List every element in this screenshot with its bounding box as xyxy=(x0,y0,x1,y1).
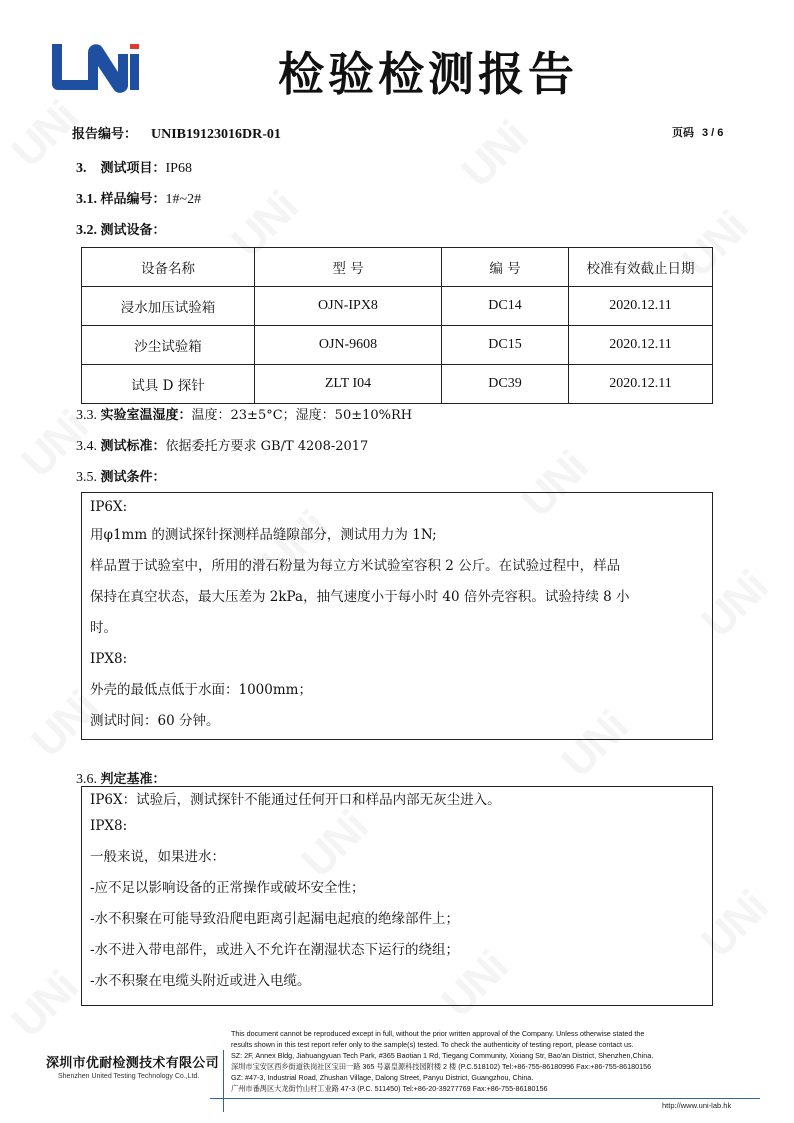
table-cell: 沙尘试验箱 xyxy=(82,326,255,365)
watermark: UNi xyxy=(453,113,538,198)
footer-line: results shown in this test report refer … xyxy=(231,1039,653,1050)
section-label: 样品编号： xyxy=(101,192,166,207)
section-value: 依据委托方要求 GB/T 4208-2017 xyxy=(166,439,369,454)
criteria-box: IP6X：试验后，测试探针不能通过任何开口和样品内部无灰尘进入。 IPX8: 一… xyxy=(81,786,713,1006)
section-3-1: 3.1. 样品编号：1#~2# xyxy=(76,188,201,208)
condition-line: 保持在真空状态，最大压差为 2kPa，抽气速度小于每小时 40 倍外壳容积。试验… xyxy=(90,582,704,613)
footer-divider-vertical xyxy=(223,1050,224,1112)
footer-company-name: 深圳市优耐检测技术有限公司 xyxy=(46,1052,219,1071)
section-3-5: 3.5. 测试条件： xyxy=(76,466,166,486)
document-title: 检验检测报告 xyxy=(278,38,578,104)
footer-website-link[interactable]: http://www.uni-lab.hk xyxy=(662,1101,731,1110)
table-cell: OJN-IPX8 xyxy=(255,287,442,326)
section-3-6: 3.6. 判定基准： xyxy=(76,768,166,788)
watermark: UNi xyxy=(3,963,88,1048)
criteria-line: -水不积聚在可能导致沿爬电距离引起漏电起痕的绝缘部件上； xyxy=(90,904,704,935)
footer-line: 深圳市宝安区西乡街道铁岗社区宝田一路 365 号嘉皇源科技园附楼 2 楼 (P.… xyxy=(231,1061,653,1072)
condition-line: 用φ1mm 的测试探针探测样品缝隙部分，测试用力为 1N; xyxy=(90,520,704,551)
column-header: 编 号 xyxy=(442,248,569,287)
condition-line: IP6X: xyxy=(90,495,704,520)
condition-line: 外壳的最低点低于水面：1000mm； xyxy=(90,675,704,706)
table-cell: DC15 xyxy=(442,326,569,365)
table-row: 试具 D 探针 ZLT I04 DC39 2020.12.11 xyxy=(82,365,713,404)
section-3-3: 3.3. 实验室温湿度：温度：23±5°C；湿度：50±10%RH xyxy=(76,404,412,424)
section-number: 3.3. xyxy=(76,408,97,423)
footer-disclaimer: This document cannot be reproduced excep… xyxy=(231,1028,653,1095)
condition-line: 测试时间：60 分钟。 xyxy=(90,706,704,737)
criteria-line: IP6X：试验后，测试探针不能通过任何开口和样品内部无灰尘进入。 xyxy=(90,789,704,811)
footer-line: SZ: 2F, Annex Bldg, Jiahuangyuan Tech Pa… xyxy=(231,1050,653,1061)
section-3-4: 3.4. 测试标准：依据委托方要求 GB/T 4208-2017 xyxy=(76,435,368,455)
section-label: 测试设备： xyxy=(101,223,166,238)
table-cell: ZLT I04 xyxy=(255,365,442,404)
section-number: 3.5. xyxy=(76,470,97,485)
table-row: 沙尘试验箱 OJN-9608 DC15 2020.12.11 xyxy=(82,326,713,365)
criteria-line: -水不积聚在电缆头附近或进入电缆。 xyxy=(90,966,704,997)
section-label: 判定基准： xyxy=(101,772,166,787)
table-cell: 2020.12.11 xyxy=(569,365,713,404)
page-number-value: 3 / 6 xyxy=(702,127,723,139)
table-header-row: 设备名称 型 号 编 号 校准有效截止日期 xyxy=(82,248,713,287)
page-number-label: 页码 xyxy=(672,126,694,139)
page-number: 页码3 / 6 xyxy=(672,124,723,140)
criteria-line: IPX8: xyxy=(90,811,704,842)
condition-line: 时。 xyxy=(90,613,704,644)
table-cell: 浸水加压试验箱 xyxy=(82,287,255,326)
section-3: 3. 测试项目：IP68 xyxy=(76,157,192,177)
table-cell: 2020.12.11 xyxy=(569,326,713,365)
section-number: 3. xyxy=(76,161,87,176)
section-value: IP68 xyxy=(166,161,192,176)
table-cell: OJN-9608 xyxy=(255,326,442,365)
table-cell: 2020.12.11 xyxy=(569,287,713,326)
section-label: 测试标准： xyxy=(101,439,166,454)
footer-line: This document cannot be reproduced excep… xyxy=(231,1028,653,1039)
condition-line: 样品置于试验室中，所用的滑石粉量为每立方米试验室容积 2 公斤。在试验过程中，样… xyxy=(90,551,704,582)
footer-line: GZ: #47-3, Industrial Road, Zhushan Vill… xyxy=(231,1072,653,1083)
section-3-2: 3.2. 测试设备： xyxy=(76,219,166,239)
section-number: 3.4. xyxy=(76,439,97,454)
section-label: 测试项目： xyxy=(101,161,166,176)
company-logo-icon xyxy=(48,42,140,94)
condition-line: IPX8: xyxy=(90,644,704,675)
footer-line: 广州市番禺区大龙街竹山村工业路 47-3 (P.C. 511450) Tel:+… xyxy=(231,1083,653,1094)
table-cell: DC39 xyxy=(442,365,569,404)
equipment-table: 设备名称 型 号 编 号 校准有效截止日期 浸水加压试验箱 OJN-IPX8 D… xyxy=(81,247,713,404)
section-value: 1#~2# xyxy=(166,192,202,207)
report-number: 报告编号：UNIB19123016DR-01 xyxy=(72,123,281,143)
section-number: 3.2. xyxy=(76,223,97,238)
section-label: 测试条件： xyxy=(101,470,166,485)
section-number: 3.6. xyxy=(76,772,97,787)
section-label: 实验室温湿度： xyxy=(101,408,192,423)
report-number-value: UNIB19123016DR-01 xyxy=(151,127,281,142)
column-header: 设备名称 xyxy=(82,248,255,287)
criteria-line: 一般来说，如果进水： xyxy=(90,842,704,873)
column-header: 校准有效截止日期 xyxy=(569,248,713,287)
column-header: 型 号 xyxy=(255,248,442,287)
report-number-label: 报告编号： xyxy=(72,127,137,142)
section-number: 3.1. xyxy=(76,192,97,207)
table-cell: 试具 D 探针 xyxy=(82,365,255,404)
footer-company-name-en: Shenzhen United Testing Technology Co.,L… xyxy=(58,1073,199,1080)
criteria-line: -应不足以影响设备的正常操作或破坏安全性； xyxy=(90,873,704,904)
criteria-line: -水不进入带电部件，或进入不允许在潮湿状态下运行的绕组； xyxy=(90,935,704,966)
table-cell: DC14 xyxy=(442,287,569,326)
test-conditions-box: IP6X: 用φ1mm 的测试探针探测样品缝隙部分，测试用力为 1N; 样品置于… xyxy=(81,492,713,740)
section-value: 温度：23±5°C；湿度：50±10%RH xyxy=(192,408,413,423)
footer-divider-horizontal xyxy=(210,1098,760,1099)
table-row: 浸水加压试验箱 OJN-IPX8 DC14 2020.12.11 xyxy=(82,287,713,326)
